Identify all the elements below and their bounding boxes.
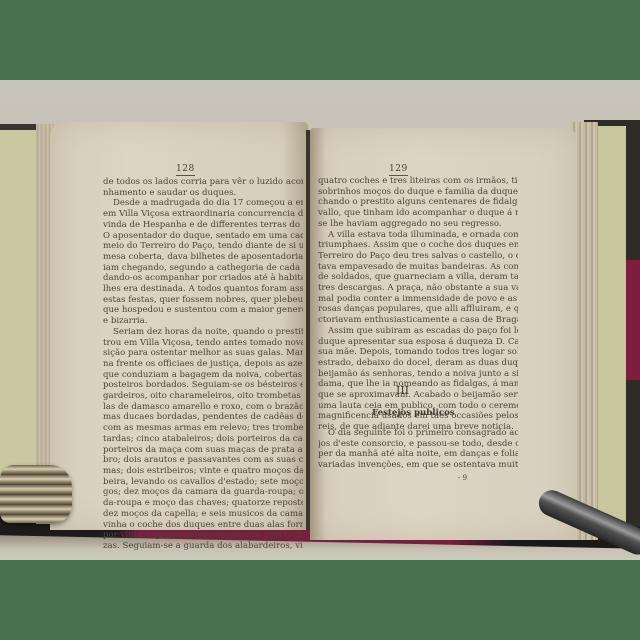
text-line: posteiros bordados. Seguiam-se os béstei… [103,380,303,391]
text-line: ctoriavam enthusiasticamente a casa de B… [318,315,518,326]
text-line: mas; dois estribeiros; vinte e quatro mo… [103,466,303,477]
bottom-green-band [0,560,640,640]
text-line: duque apresentar sua esposa á duqueza D.… [318,337,518,348]
text-line: mesa coberta, dava bilhetes de aposentad… [103,252,303,263]
text-line: que se aproximavam. Acabado o beijamão s… [318,390,518,401]
text-line: vallo, que tinham ido acompanhar o duque… [318,208,518,219]
chapter-title: Festejos publicos [372,408,455,418]
text-line: variadas invenções, em que se ostentava … [318,460,518,471]
text-line: sua mãe. Depois, tomando todos tres loga… [318,347,518,358]
text-line: zas. Seguiam-se a guarda dos alabardeiro… [103,541,303,552]
text-line: Seriam dez horas da noite, quando o pres… [103,327,303,338]
text-line: com as mesmas armas em relevo; tres trom… [103,423,303,434]
text-line: Desde a madrugada do dia 17 começou a en… [103,198,303,209]
top-green-band [0,0,640,80]
right-page-text: quatro coches e tres liteiras com os irm… [318,176,518,433]
text-line: trou em Villa Viçosa, tendo antes tomado… [103,338,303,349]
text-line: O aposentador do duque, sentado em uma c… [103,231,303,242]
text-line: beijamão ás senhoras, tendo a noiva junt… [318,369,518,380]
book-gutter [306,130,310,530]
left-page-text: de todos os lados corria para vêr o luzi… [103,177,303,552]
text-line: las de damasco amarello e roxo, com o br… [103,402,303,413]
text-line: meio do Terreiro do Paço, tendo diante d… [103,241,303,252]
text-line: tres descargas. A praça, não obstante a … [318,283,518,294]
text-line: chando o prestito alguns centenares de f… [318,197,518,208]
text-line: que hospedou e sustentou com a maior gen… [103,305,303,316]
text-line: vinha o coche dos duques entre duas alas… [103,520,303,531]
text-line: porteiros da maça com suas maças de prat… [103,445,303,456]
text-line: de soldados, que guarneciam a villa, der… [318,272,518,283]
text-line: dez moços da capella; e seis musicos da … [103,509,303,520]
text-line: por vinte e quatro moços da camara com t… [103,530,303,541]
text-line: rosas danças populares, que alli affluir… [318,304,518,315]
text-line: jos d'este consorcio, e passou-se todo, … [318,439,518,450]
text-line: per da manhã até alta noite, em danças e… [318,449,518,460]
text-line: sição para ostentar melhor as suas galas… [103,348,303,359]
text-line: triumphaes. Assim que o coche dos duques… [318,240,518,251]
text-line: e bizarria. [103,316,303,327]
text-line: mal podia conter a immensidade de povo e… [318,294,518,305]
text-line: que conduziam a bagagem da noiva, cobert… [103,370,303,381]
text-line: se lhe haviam aggregado no seu regresso. [318,219,518,230]
text-line: dando-os acompanhar por criados até à ha… [103,273,303,284]
text-line: vinda de Hespanha e de differentes terra… [103,220,303,231]
text-line: A villa estava toda illuminada, e ornada… [318,230,518,241]
text-line: na frente os officiaes de justiça, depoi… [103,359,303,370]
text-line: lhes era destinada. A todos quantos fora… [103,284,303,295]
text-line: de todos os lados corria para vêr o luzi… [103,177,303,188]
text-line: gardeiros, oito charameleiros, oito trom… [103,391,303,402]
text-line: mas ducaes bordadas, pendentes de cadêas… [103,412,303,423]
text-line: beira, levando os cavallos d'estado; set… [103,477,303,488]
text-line: nhamento e saudar os duques. [103,188,303,199]
book-photo: 128 129 de todos os lados corria para vê… [0,80,640,560]
chapter-number: III [396,384,409,397]
text-line: da-roupa e moço das chaves; quatorze rep… [103,498,303,509]
text-line: iam chegando, segundo a cathegoria de ca… [103,263,303,274]
page-number-left: 128 [176,164,195,176]
text-line: O dia seguinte foi o primeiro consagrado… [318,428,518,439]
text-line: gos; dez moços da camara da guarda-roupa… [103,487,303,498]
text-line: em Villa Viçosa extraordinaria concurren… [103,209,303,220]
chapter-text: O dia seguinte foi o primeiro consagrado… [318,428,518,471]
footer-mark: - 9 [458,473,467,484]
brass-clip-left-icon [0,465,72,523]
text-line: sobrinhos moços do duque e familia da du… [318,187,518,198]
text-line: tava empavesado de muitas bandeiras. As … [318,262,518,273]
text-line: Assim que subiram as escadas do paço foi… [318,326,518,337]
page-number-right: 129 [389,164,408,176]
text-line: dama, que lhe ia nomeando as fidalgas, á… [318,379,518,390]
text-line: bro; dois arautos e passavantes com as s… [103,455,303,466]
text-line: estrado, debaixo do docel, deram as duas… [318,358,518,369]
cover-magenta-strip [626,260,640,380]
text-line: quatro coches e tres liteiras com os irm… [318,176,518,187]
text-line: tardas; cinco atabaleiros; dois porteiro… [103,434,303,445]
text-line: Terreiro do Paço deu tres salvas o caste… [318,251,518,262]
text-line: estas festas, quer fossem nobres, quer p… [103,295,303,306]
